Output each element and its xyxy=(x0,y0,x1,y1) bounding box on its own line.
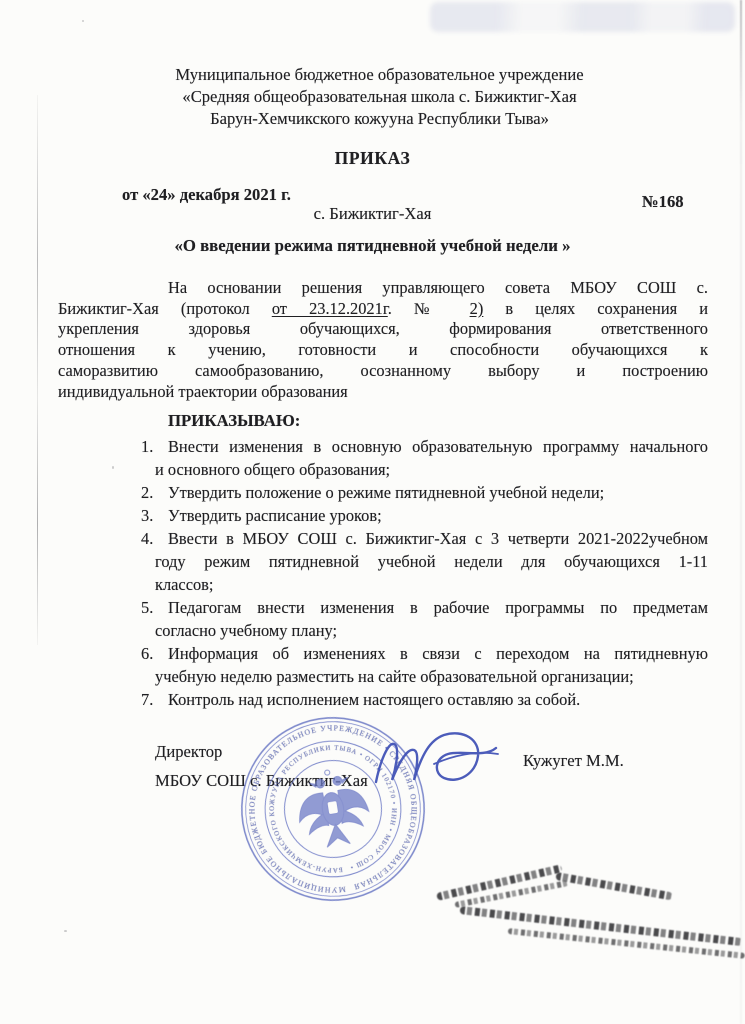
order-item: 7.Контроль над исполнением настоящего ос… xyxy=(155,688,708,711)
document-place: с. Бижиктиг-Хая xyxy=(0,204,745,224)
order-item-line: году режим пятидневной учебной недели дл… xyxy=(155,550,708,573)
intro-line: отношения к учению, готовности и способн… xyxy=(58,340,708,361)
order-item: 1.Внести изменения в основную образовате… xyxy=(155,435,708,481)
order-item: 5.Педагогам внести изменения в рабочие п… xyxy=(155,596,708,642)
order-item-line: учебную неделю разместить на сайте образ… xyxy=(155,665,708,688)
intro-text: Бижиктиг-Хая (протокол xyxy=(58,299,272,318)
order-item-number: 7. xyxy=(141,688,153,711)
order-item-line: Педагогам внести изменения в рабочие про… xyxy=(155,596,708,619)
order-item-number: 1. xyxy=(141,435,153,458)
decree-heading: ПРИКАЗЫВАЮ: xyxy=(168,411,300,431)
intro-line: укрепления здоровья обучающихся, формиро… xyxy=(58,319,708,340)
organization-line: «Средняя общеобразовательная школа с. Би… xyxy=(14,86,745,108)
order-item-line: классов; xyxy=(155,573,708,596)
intro-line: саморазвитию самообразованию, осознанном… xyxy=(58,361,708,382)
order-item: 3.Утвердить расписание уроков; xyxy=(155,504,708,527)
signer-name: Кужугет М.М. xyxy=(523,751,624,771)
scan-speck xyxy=(82,20,84,22)
order-item-line: и основного общего образования; xyxy=(155,458,708,481)
order-item-number: 4. xyxy=(141,527,153,550)
organization-line: Барун-Хемчикского кожууна Республики Тыв… xyxy=(14,108,745,130)
order-item-number: 2. xyxy=(141,481,153,504)
scan-bleedthrough-smudge xyxy=(430,2,735,32)
scanned-order-page: Муниципальное бюджетное образовательное … xyxy=(0,0,745,1024)
document-date: от «24» декабря 2021 г. xyxy=(122,185,291,205)
double-headed-eagle-icon xyxy=(292,765,373,851)
order-item-line: Контроль над исполнением настоящего оста… xyxy=(155,688,708,711)
organization-line: Муниципальное бюджетное образовательное … xyxy=(14,64,745,86)
organization-header: Муниципальное бюджетное образовательное … xyxy=(0,64,745,130)
intro-line: На основании решения управляющего совета… xyxy=(58,278,708,299)
order-item-line: Утвердить расписание уроков; xyxy=(155,504,708,527)
order-item: 6.Информация об изменениях в связи с пер… xyxy=(155,642,708,688)
intro-line: индивидуальной траектории образования xyxy=(58,382,708,403)
scan-speck xyxy=(64,930,67,932)
order-item-line: Внести изменения в основную образователь… xyxy=(155,435,708,458)
intro-text: в целях сохранения и xyxy=(483,299,708,318)
order-item-line: Утвердить положение о режиме пятидневной… xyxy=(155,481,708,504)
document-type-title: ПРИКАЗ xyxy=(0,148,745,169)
order-item-line: Ввести в МБОУ СОШ с. Бижиктиг-Хая с 3 че… xyxy=(155,527,708,550)
document-subject: «О введении режима пятидневной учебной н… xyxy=(0,236,745,256)
protocol-number-underlined: 2) xyxy=(470,299,484,318)
handwritten-signature xyxy=(372,720,502,802)
order-item: 2.Утвердить положение о режиме пятидневн… xyxy=(155,481,708,504)
signer-role-line1: Директор xyxy=(155,742,222,762)
order-item-number: 3. xyxy=(141,504,153,527)
protocol-date-underlined: от 23.12.2021г xyxy=(272,299,388,318)
order-item-number: 6. xyxy=(141,642,153,665)
order-item-line: Информация об изменениях в связи с перех… xyxy=(155,642,708,665)
scan-bleedthrough-marks xyxy=(555,872,673,900)
intro-paragraph: На основании решения управляющего совета… xyxy=(58,278,708,402)
order-item-number: 5. xyxy=(141,596,153,619)
intro-line: Бижиктиг-Хая (протокол от 23.12.2021г. №… xyxy=(58,299,708,320)
scan-edge-scratch xyxy=(37,95,38,645)
order-item-line: согласно учебному плану; xyxy=(155,619,708,642)
intro-text: . № xyxy=(388,299,470,318)
order-item: 4.Ввести в МБОУ СОШ с. Бижиктиг-Хая с 3 … xyxy=(155,527,708,596)
order-items-list: 1.Внести изменения в основную образовате… xyxy=(58,435,708,711)
